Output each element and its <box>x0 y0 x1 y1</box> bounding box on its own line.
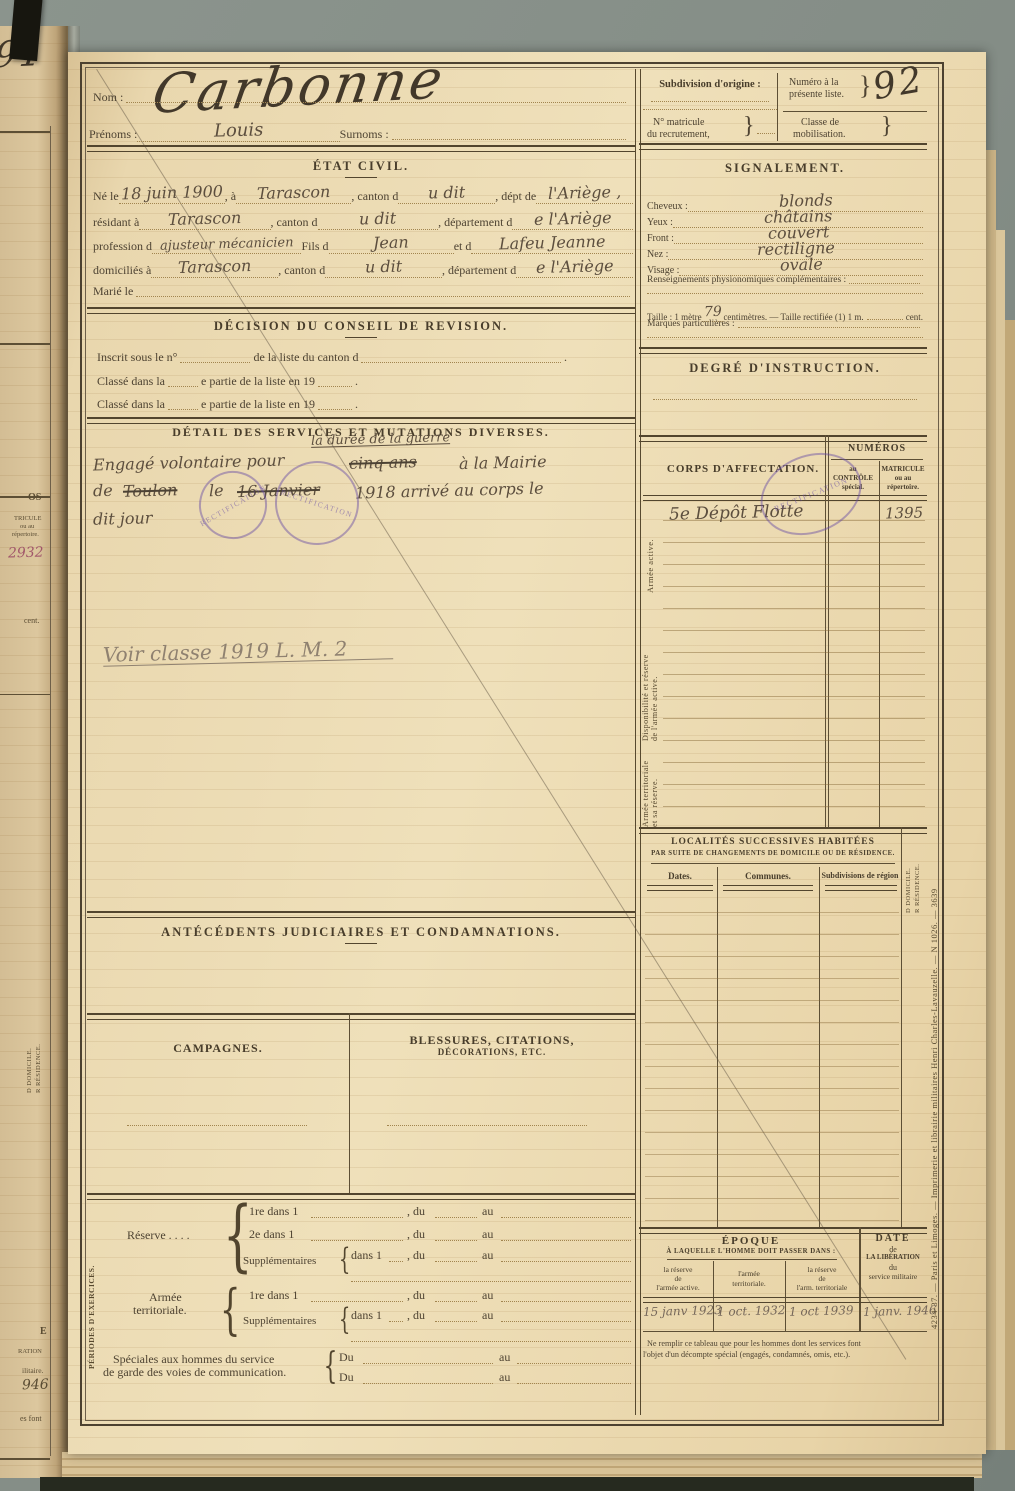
dotted-line <box>351 1281 631 1282</box>
domicile-line: Tarascon <box>151 259 278 278</box>
decision-line-1: Inscrit sous le n° de la liste du canton… <box>97 351 567 365</box>
decision-title: DÉCISION DU CONSEIL DE REVISION. <box>87 319 635 334</box>
fils-label: Fils d <box>301 240 328 254</box>
epoque-date-3-handwritten: 1 oct 1939 <box>789 1306 854 1317</box>
au-label: au <box>482 1249 493 1263</box>
surname-handwritten: Carbonne <box>148 47 450 126</box>
marques-row: Marques particulières : <box>647 319 923 330</box>
matricule-label-1: N° matricule <box>653 117 704 129</box>
date-header-2: de <box>859 1245 927 1254</box>
matricule-col-label-1: MATRICULE <box>879 465 927 473</box>
subdivisions-header: Subdivisions de région <box>819 871 901 880</box>
signalement-title: SIGNALEMENT. <box>643 161 927 176</box>
col3-label-1: la réserve <box>785 1265 859 1274</box>
profession-handwritten: ajusteur mécanicien <box>160 238 294 252</box>
classe-label: Classé dans la <box>97 375 165 389</box>
canton-handwritten: u dit <box>359 213 397 227</box>
dotted-line <box>643 109 777 110</box>
section-rule <box>87 145 635 152</box>
profession-label: profession d <box>93 240 152 254</box>
et-d-label: et d <box>454 240 472 254</box>
speciales-label-2: de garde des voies de communication. <box>103 1366 286 1380</box>
left-column: Carbonne Nom : Prénoms : Louis Surnoms :… <box>87 69 635 1415</box>
date-header-4: du <box>859 1263 927 1272</box>
communes-header: Communes. <box>717 871 819 881</box>
armee-active-side-label: Armée active. <box>645 503 655 593</box>
departement-line: e l'Ariège <box>512 211 633 230</box>
dotted-line <box>180 359 250 363</box>
col2-label-1: l'armée <box>713 1269 785 1278</box>
du-label: , du <box>407 1249 425 1263</box>
scanned-military-register-page: { "doc": {"sheet_number": "92", "prev_sh… <box>0 0 1015 1491</box>
margin-fragment: OS <box>28 492 41 503</box>
etat-line-1: Né le 18 juin 1900 , à Tarascon , canton… <box>93 185 633 204</box>
birthplace-line: Tarascon <box>236 185 351 204</box>
book-cover-edge <box>40 1477 974 1491</box>
stamp-text: RECTIFICATION <box>198 482 268 527</box>
header-rule <box>643 1297 927 1303</box>
matricule-col-label-3: répertoire. <box>879 483 927 491</box>
numero-liste-label-2: présente liste. <box>789 89 844 101</box>
dotted-line <box>127 1125 307 1126</box>
margin-fragment: ou au <box>20 523 34 530</box>
renseignements-label: Renseignements physionomiques complément… <box>647 275 846 286</box>
margin-handwritten-number: 2932 <box>8 548 44 560</box>
date-header-5: service militaire <box>859 1272 927 1281</box>
stamp-text: RECTIFICATION <box>280 487 354 519</box>
residence-line: Tarascon <box>139 211 270 230</box>
father-line: Jean <box>329 235 454 254</box>
localites-title: LOCALITÉS SUCCESSIVES HABITÉES <box>643 837 903 847</box>
section-rule <box>87 307 635 314</box>
dotted-line <box>653 399 917 400</box>
supplementaires-label: Supplémentaires <box>243 1255 316 1268</box>
inscrit-label: Inscrit sous le n° <box>97 351 177 365</box>
dates-header: Dates. <box>643 871 717 881</box>
dept-line: l'Ariège , <box>536 185 633 204</box>
prenoms-label: Prénoms : <box>89 128 137 142</box>
dotted-line <box>501 1261 631 1262</box>
row-ruling <box>663 499 925 823</box>
margin-fragment: TRICULE <box>14 515 41 522</box>
canton-line: u dit <box>318 211 439 230</box>
departement-handwritten: e l'Ariège <box>536 260 614 275</box>
marie-label: Marié le <box>93 285 133 299</box>
page-stack-bottom <box>62 1452 982 1478</box>
title-underline <box>345 337 377 338</box>
section-rule <box>639 347 927 354</box>
dotted-line <box>517 1363 631 1364</box>
epoque-date-4-handwritten: 1 janv. 1946 <box>863 1306 937 1318</box>
nom-row: Nom : <box>93 91 629 105</box>
dotted-line <box>126 99 626 103</box>
engagement-text-1: Engagé volontaire pour <box>93 454 285 472</box>
struck-city: Toulon <box>123 484 178 498</box>
brace-glyph: } <box>881 113 893 140</box>
departement-line: e l'Ariège <box>516 259 633 278</box>
numero-liste-label-1: Numéro à la <box>789 77 838 89</box>
dotted-line <box>389 1321 403 1322</box>
dotted-line <box>311 1301 403 1302</box>
a-label: , à <box>225 190 236 204</box>
profession-line: ajusteur mécanicien <box>152 235 301 254</box>
dotted-line <box>318 383 352 387</box>
territoriale-brace: { <box>220 1283 241 1337</box>
etat-line-2: résidant à Tarascon , canton d u dit , d… <box>93 211 633 230</box>
departement-label: , département d <box>438 216 512 230</box>
au-label: au <box>499 1371 510 1385</box>
epoque-date-1-handwritten: 15 janv 1923 <box>643 1306 722 1318</box>
matricule-entry-handwritten: 1395 <box>885 507 923 520</box>
dotted-line <box>435 1301 477 1302</box>
dans-label: dans 1 <box>351 1309 382 1323</box>
epoque-table: ÉPOQUE À LAQUELLE L'HOMME DOIT PASSER DA… <box>643 1227 927 1403</box>
territoriale-side-label-2: et sa réserve. <box>650 747 659 827</box>
column-divider <box>635 69 641 1415</box>
decision-line-2: Classé dans la e partie de la liste en 1… <box>97 375 437 389</box>
page-stack-edge <box>996 230 1005 1450</box>
taille-handwritten: 79 <box>703 307 721 319</box>
rule <box>0 1458 50 1460</box>
blessures-header-1: BLESSURES, CITATIONS, <box>349 1033 635 1048</box>
bookmark-ribbon <box>9 0 43 61</box>
visage-handwritten: ovale <box>780 258 823 272</box>
degre-title: DEGRÉ D'INSTRUCTION. <box>643 361 927 376</box>
reserve-row1-label: 1re dans 1 <box>249 1205 298 1219</box>
matricule-label-2: du recrutement, <box>647 129 710 141</box>
title-underline <box>345 177 377 178</box>
classe-mobilisation-label-2: mobilisation. <box>793 129 846 141</box>
list-number-handwritten: 92 <box>870 59 928 108</box>
col1-label-1: la réserve <box>643 1265 713 1274</box>
epoque-subtitle: À LAQUELLE L'HOMME DOIT PASSER DANS : <box>643 1248 859 1255</box>
page-stack-edge <box>1005 320 1015 1450</box>
rule <box>0 343 50 345</box>
partie-label: e partie de la liste en 19 <box>201 375 315 389</box>
table-line <box>713 1261 714 1331</box>
classe-label: Classé dans la <box>97 398 165 412</box>
marie-row: Marié le <box>93 285 633 299</box>
col3-label-3: l'arm. territoriale <box>785 1283 859 1292</box>
col1-label-3: l'armée active. <box>643 1283 713 1292</box>
disponibilite-side-label-1: Disponibilité et réserve <box>641 601 650 741</box>
etat-line-4: domiciliés à Tarascon , canton d u dit ,… <box>93 259 633 278</box>
stamp-text: RECTIFICATION <box>773 475 850 513</box>
birthdate-handwritten: 18 juin 1900 <box>121 186 223 201</box>
dotted-line <box>387 1125 587 1126</box>
mother-handwritten: Lafeu Jeanne <box>499 236 606 252</box>
au-label: au <box>482 1205 493 1219</box>
epoque-title: ÉPOQUE <box>643 1235 859 1247</box>
margin-fragment: cent. <box>24 616 39 625</box>
territoriale-side-label-1: Armée territoriale <box>641 747 650 827</box>
du-label: , du <box>407 1205 425 1219</box>
visage-row: Visage : ovale <box>647 257 923 276</box>
periodes-vertical-label: PÉRIODES D'EXERCICES. <box>87 1209 96 1369</box>
dept-handwritten: l'Ariège , <box>548 186 621 201</box>
printer-imprint: 4234-37. — Paris et Limoges. — Imprimeri… <box>929 589 939 1329</box>
table-line <box>901 827 902 1227</box>
etat-civil-title: ÉTAT CIVIL. <box>87 159 635 174</box>
partie-label: e partie de la liste en 19 <box>201 398 315 412</box>
rule <box>783 111 927 112</box>
box-divider <box>777 73 778 141</box>
nom-label: Nom : <box>93 91 123 105</box>
surnoms-label: Surnoms : <box>340 128 389 142</box>
au-label: au <box>482 1289 493 1303</box>
reserve-row2-label: 2e dans 1 <box>249 1228 294 1242</box>
speciales-brace: { <box>324 1349 338 1385</box>
suppl-brace: { <box>339 1245 350 1275</box>
domicilies-label: domiciliés à <box>93 264 151 278</box>
birthdate-line: 18 juin 1900 <box>119 185 225 204</box>
table-line <box>785 1261 786 1331</box>
engagement-text-5: 1918 arrivé au corps le <box>355 483 544 501</box>
section-rule <box>87 417 635 424</box>
armee-label-2: territoriale. <box>133 1304 187 1318</box>
period: . <box>355 398 358 412</box>
residant-label: résidant à <box>93 216 139 230</box>
insert-handwritten: la durée de la guerre <box>311 433 450 448</box>
dotted-line <box>435 1261 477 1262</box>
canton-line: u dit <box>325 259 442 278</box>
rule <box>651 863 895 864</box>
blessures-header-2: DÉCORATIONS, ETC. <box>349 1047 635 1057</box>
struck-duration: cinq ans <box>349 456 417 471</box>
date-header-1: DATE <box>859 1233 927 1244</box>
table-line <box>859 1227 861 1331</box>
col1-label-2: de <box>643 1274 713 1283</box>
margin-vertical-label: D DOMICILE. <box>26 983 33 1093</box>
section-rule <box>87 1013 635 1020</box>
residence-handwritten: Tarascon <box>168 212 242 227</box>
epoque-date-2-handwritten: 1 oct. 1932 <box>717 1306 786 1317</box>
dotted-line <box>136 293 630 297</box>
dotted-line <box>168 406 198 410</box>
disponibilite-side-label-2: de l'armée active. <box>650 601 659 741</box>
birthplace-handwritten: Tarascon <box>257 186 331 201</box>
dotted-line <box>361 359 561 363</box>
localites-subtitle: PAR SUITE DE CHANGEMENTS DE DOMICILE OU … <box>643 850 903 857</box>
dotted-line <box>501 1321 631 1322</box>
campagnes-header: CAMPAGNES. <box>87 1041 349 1056</box>
margin-fragment: es font <box>20 1414 42 1423</box>
rule <box>667 1259 837 1260</box>
dotted-line <box>757 133 775 134</box>
dotted-line <box>651 101 769 102</box>
col2-label-2: territoriale. <box>713 1279 785 1288</box>
du-label: Du <box>339 1351 354 1365</box>
suppl-brace: { <box>339 1305 350 1335</box>
dotted-line <box>363 1383 493 1384</box>
engagement-text-6: dit jour <box>93 512 153 526</box>
epoque-footnote-1: Ne remplir ce tableau que pour les homme… <box>647 1339 925 1348</box>
dotted-line <box>389 1261 403 1262</box>
dotted-line <box>501 1217 631 1218</box>
margin-handwritten-year: 946 <box>22 1380 49 1392</box>
departement-handwritten: e l'Ariège <box>534 212 612 227</box>
rule <box>0 496 50 498</box>
departement-label: , département d <box>442 264 516 278</box>
margin-vertical-label: R RÉSIDENCE. <box>35 983 42 1093</box>
prenoms-row: Prénoms : Louis Surnoms : <box>89 123 629 142</box>
brace-glyph: } <box>743 113 755 140</box>
canton-label: , canton d <box>351 190 398 204</box>
engagement-text-3: de <box>93 485 113 498</box>
margin-fragment: répertoire. <box>12 531 39 538</box>
section-rule <box>639 143 927 150</box>
classe-mobilisation-label-1: Classe de <box>801 117 839 129</box>
dotted-line <box>311 1217 403 1218</box>
dotted-line <box>738 324 920 328</box>
au-label: au <box>482 1309 493 1323</box>
canton-label: , canton d <box>278 264 325 278</box>
visage-line: ovale <box>679 257 923 276</box>
margin-fragment: ilitaire. <box>22 1366 43 1375</box>
margin-fragment: RATION <box>18 1348 42 1355</box>
supplementaires-label: Supplémentaires <box>243 1315 316 1328</box>
epoque-footnote-2: l'objet d'un décompte spécial (engagés, … <box>643 1350 921 1359</box>
numeros-header: NUMÉROS <box>827 443 927 454</box>
residence-vertical-label: R RÉSIDENCE. <box>914 833 921 913</box>
period: . <box>355 375 358 389</box>
marques-label: Marques particulières : <box>647 319 735 330</box>
dotted-line <box>311 1240 403 1241</box>
subdivision-label: Subdivision d'origine : <box>643 79 777 90</box>
localites-table: LOCALITÉS SUCCESSIVES HABITÉES PAR SUITE… <box>643 827 927 1227</box>
firstname-handwritten: Louis <box>214 123 264 139</box>
domicile-handwritten: Tarascon <box>178 260 252 275</box>
canton-handwritten: u dit <box>428 187 466 201</box>
dotted-line <box>351 1341 631 1342</box>
period: . <box>564 351 567 365</box>
ne-le-label: Né le <box>93 190 119 204</box>
dotted-line <box>435 1321 477 1322</box>
right-column: Subdivision d'origine : Numéro à la prés… <box>643 69 927 1415</box>
col3-label-2: de <box>785 1274 859 1283</box>
page-stack-edge <box>986 150 996 1450</box>
au-label: au <box>499 1351 510 1365</box>
antecedents-title: ANTÉCÉDENTS JUDICIAIRES ET CONDAMNATIONS… <box>87 925 635 940</box>
row-ruling <box>645 891 899 1221</box>
dotted-line <box>392 136 626 140</box>
rule <box>0 694 50 695</box>
dept-label: , dépt de <box>495 190 536 204</box>
rule <box>0 131 50 133</box>
dans-label: dans 1 <box>351 1249 382 1263</box>
decision-line-3: Classé dans la e partie de la liste en 1… <box>97 398 437 412</box>
frame-content: Carbonne Nom : Prénoms : Louis Surnoms :… <box>87 69 937 1415</box>
reserve-label: Réserve . . . . <box>127 1229 190 1243</box>
canton-label: , canton d <box>271 216 318 230</box>
dotted-line <box>849 280 920 284</box>
section-rule <box>87 1193 635 1200</box>
canton-liste-label: de la liste du canton d <box>253 351 358 365</box>
dotted-line <box>517 1383 631 1384</box>
previous-page-border <box>50 126 51 1456</box>
au-label: au <box>482 1228 493 1242</box>
dotted-line <box>501 1240 631 1241</box>
dotted-line <box>647 293 923 294</box>
margin-fragment: E <box>40 1326 47 1337</box>
canton-handwritten: u dit <box>365 261 403 275</box>
renseignements-row: Renseignements physionomiques complément… <box>647 275 923 286</box>
dotted-line <box>318 406 352 410</box>
engagement-text-2: à la Mairie <box>459 456 547 471</box>
class-note-handwritten: Voir classe 1919 L. M. 2 <box>103 639 394 667</box>
rule <box>643 1331 927 1332</box>
brace-glyph: } <box>859 71 871 101</box>
du-label: , du <box>407 1309 425 1323</box>
mother-line: Lafeu Jeanne <box>471 235 633 254</box>
du-label: , du <box>407 1289 425 1303</box>
dotted-line <box>647 337 923 338</box>
father-handwritten: Jean <box>373 237 409 251</box>
dotted-line <box>363 1363 493 1364</box>
prenoms-value-line: Louis <box>137 123 339 142</box>
dotted-line <box>168 383 198 387</box>
domicile-vertical-label: D DOMICILE. <box>905 833 912 913</box>
territoriale-row1-label: 1re dans 1 <box>249 1289 298 1303</box>
section-rule <box>87 911 635 918</box>
dotted-line <box>501 1301 631 1302</box>
rectification-stamp: RECTIFICATION <box>187 459 280 552</box>
date-header-3: LA LIBÉRATION <box>859 1254 927 1261</box>
du-label: , du <box>407 1228 425 1242</box>
register-sheet: Carbonne Nom : Prénoms : Louis Surnoms :… <box>68 52 986 1454</box>
canton-line: u dit <box>398 185 495 204</box>
du-label: Du <box>339 1371 354 1385</box>
title-underline <box>345 943 377 944</box>
matricule-col-label-2: ou au <box>879 474 927 482</box>
dotted-line <box>435 1240 477 1241</box>
dotted-line <box>435 1217 477 1218</box>
etat-line-3: profession d ajusteur mécanicien Fils d … <box>93 235 633 254</box>
